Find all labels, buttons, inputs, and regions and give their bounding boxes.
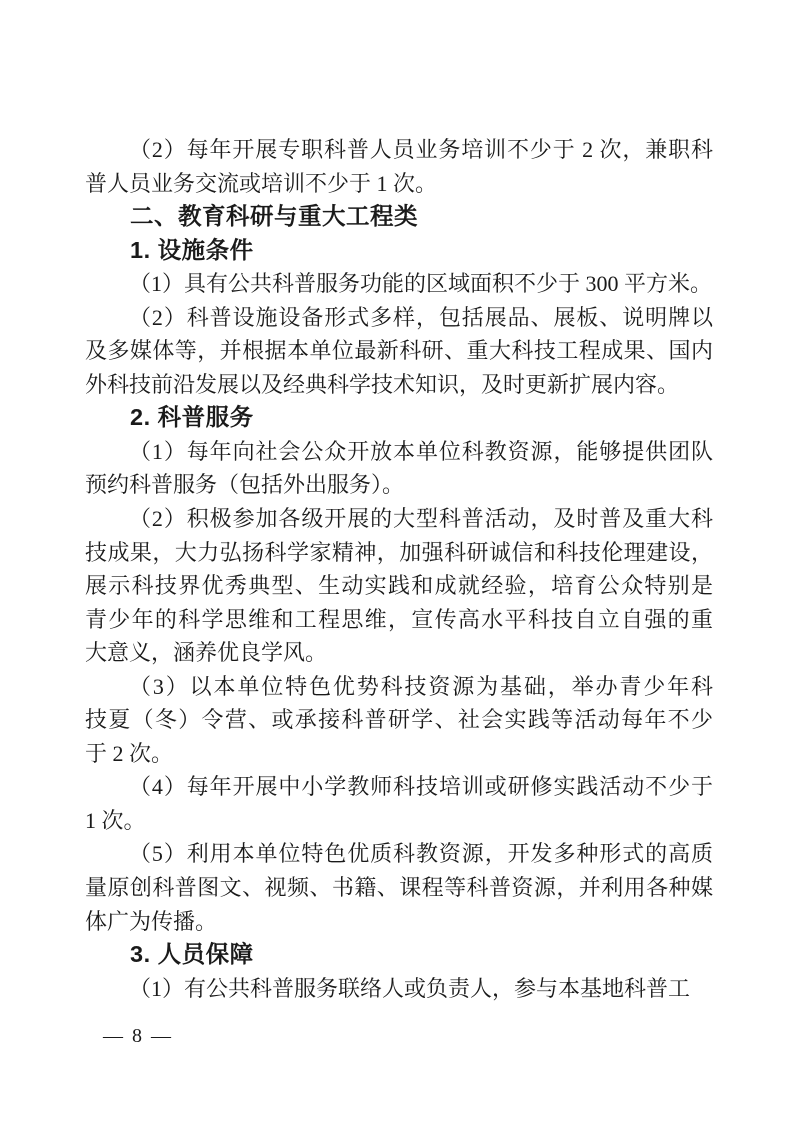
- text-line: 技成果，大力弘扬科学家精神，加强科研诚信和科技伦理建设，: [85, 536, 713, 570]
- text-line: 技夏（冬）令营、或承接科普研学、社会实践等活动每年不少: [85, 703, 713, 737]
- text-line: 体广为传播。: [85, 905, 713, 939]
- text-line: （5）利用本单位特色优质科教资源，开发多种形式的高质: [85, 837, 713, 871]
- paragraph: （4）每年开展中小学教师科技培训或研修实践活动不少于1 次。: [85, 770, 713, 837]
- text-line: 1 次。: [85, 804, 713, 838]
- page-number: — 8 —: [103, 1021, 173, 1051]
- section-heading: 3. 人员保障: [85, 938, 713, 972]
- text-content: （2）每年开展专职科普人员业务培训不少于 2 次，兼职科普人员业务交流或培训不少…: [85, 133, 713, 1005]
- text-line: 青少年的科学思维和工程思维，宣传高水平科技自立自强的重: [85, 603, 713, 637]
- text-line: 1. 设施条件: [85, 234, 713, 268]
- section-heading: 二、教育科研与重大工程类: [85, 200, 713, 234]
- text-line: 展示科技界优秀典型、生动实践和成就经验，培育公众特别是: [85, 569, 713, 603]
- section-heading: 1. 设施条件: [85, 234, 713, 268]
- document-page: （2）每年开展专职科普人员业务培训不少于 2 次，兼职科普人员业务交流或培训不少…: [0, 0, 794, 1123]
- paragraph: （1）每年向社会公众开放本单位科教资源，能够提供团队预约科普服务（包括外出服务）…: [85, 435, 713, 502]
- text-line: （2）每年开展专职科普人员业务培训不少于 2 次，兼职科: [85, 133, 713, 167]
- text-line: （1）有公共科普服务联络人或负责人，参与本基地科普工: [85, 972, 713, 1006]
- text-line: 外科技前沿发展以及经典科学技术知识，及时更新扩展内容。: [85, 368, 713, 402]
- paragraph: （3）以本单位特色优势科技资源为基础，举办青少年科技夏（冬）令营、或承接科普研学…: [85, 670, 713, 771]
- text-line: 2. 科普服务: [85, 401, 713, 435]
- text-line: 二、教育科研与重大工程类: [85, 200, 713, 234]
- text-line: （1）具有公共科普服务功能的区域面积不少于 300 平方米。: [85, 267, 713, 301]
- text-line: 于 2 次。: [85, 737, 713, 771]
- paragraph: （2）每年开展专职科普人员业务培训不少于 2 次，兼职科普人员业务交流或培训不少…: [85, 133, 713, 200]
- text-line: （2）科普设施设备形式多样，包括展品、展板、说明牌以: [85, 301, 713, 335]
- text-line: 量原创科普图文、视频、书籍、课程等科普资源，并利用各种媒: [85, 871, 713, 905]
- text-line: 普人员业务交流或培训不少于 1 次。: [85, 167, 713, 201]
- paragraph: （2）积极参加各级开展的大型科普活动，及时普及重大科技成果，大力弘扬科学家精神，…: [85, 502, 713, 670]
- text-line: （2）积极参加各级开展的大型科普活动，及时普及重大科: [85, 502, 713, 536]
- text-line: 大意义，涵养优良学风。: [85, 636, 713, 670]
- paragraph: （5）利用本单位特色优质科教资源，开发多种形式的高质量原创科普图文、视频、书籍、…: [85, 837, 713, 938]
- paragraph: （2）科普设施设备形式多样，包括展品、展板、说明牌以及多媒体等，并根据本单位最新…: [85, 301, 713, 402]
- text-line: 及多媒体等，并根据本单位最新科研、重大科技工程成果、国内: [85, 334, 713, 368]
- text-line: 3. 人员保障: [85, 938, 713, 972]
- text-line: （3）以本单位特色优势科技资源为基础，举办青少年科: [85, 670, 713, 704]
- section-heading: 2. 科普服务: [85, 401, 713, 435]
- text-line: （4）每年开展中小学教师科技培训或研修实践活动不少于: [85, 770, 713, 804]
- text-line: 预约科普服务（包括外出服务）。: [85, 468, 713, 502]
- text-line: （1）每年向社会公众开放本单位科教资源，能够提供团队: [85, 435, 713, 469]
- paragraph: （1）有公共科普服务联络人或负责人，参与本基地科普工: [85, 972, 713, 1006]
- paragraph: （1）具有公共科普服务功能的区域面积不少于 300 平方米。: [85, 267, 713, 301]
